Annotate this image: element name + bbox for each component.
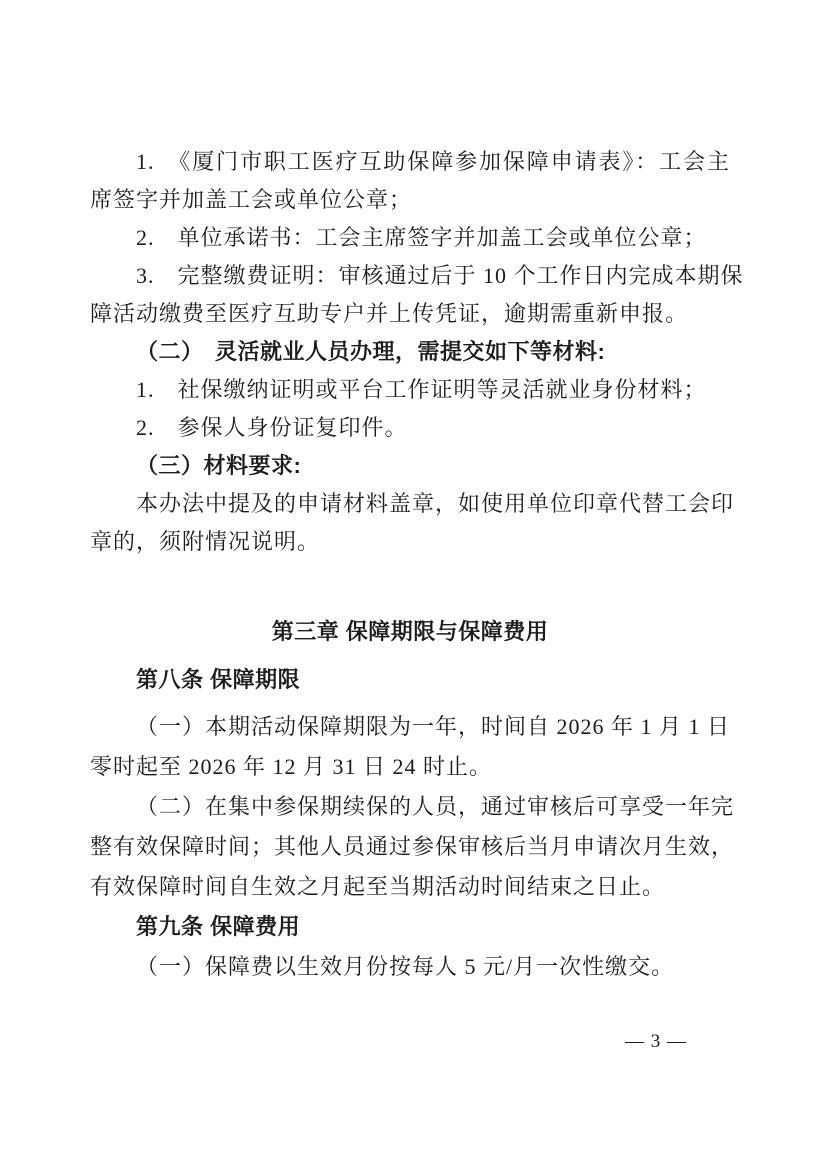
article-8-item-2-line-2: 整有效保障时间；其他人员通过参保审核后当月申请次月生效， (90, 827, 730, 867)
list-item-1-line-1: 1. 《厦门市职工医疗互助保障参加保障申请表》：工会主 (90, 143, 730, 181)
note-paragraph-line-2: 章的，须附情况说明。 (90, 523, 730, 561)
article-8-item-2-line-1: （二）在集中参保期续保的人员，通过审核后可享受一年完 (90, 787, 730, 827)
document-page: 1. 《厦门市职工医疗互助保障参加保障申请表》：工会主 席签字并加盖工会或单位公… (0, 0, 827, 1170)
page-number: — 3 — (616, 1030, 696, 1054)
article-8-heading: 第八条 保障期限 (90, 661, 730, 699)
article-9-item-1: （一）保障费以生效月份按每人 5 元/月一次性缴交。 (90, 947, 730, 987)
section-heading-2: （二） 灵活就业人员办理，需提交如下等材料: (90, 333, 730, 371)
chapter-3-heading: 第三章 保障期限与保障费用 (90, 613, 730, 651)
sub-list-item-2: 2. 参保人身份证复印件。 (90, 409, 730, 447)
list-item-3-line-2: 障活动缴费至医疗互助专户并上传凭证，逾期需重新申报。 (90, 295, 730, 333)
list-item-3-line-1: 3. 完整缴费证明：审核通过后于 10 个工作日内完成本期保 (90, 257, 730, 295)
list-item-2: 2. 单位承诺书：工会主席签字并加盖工会或单位公章； (90, 219, 730, 257)
article-8-item-1-line-2: 零时起至 2026 年 12 月 31 日 24 时止。 (90, 747, 730, 787)
sub-list-item-1: 1. 社保缴纳证明或平台工作证明等灵活就业身份材料； (90, 371, 730, 409)
document-content: 1. 《厦门市职工医疗互助保障参加保障申请表》：工会主 席签字并加盖工会或单位公… (90, 143, 730, 987)
list-item-1-line-2: 席签字并加盖工会或单位公章； (90, 181, 730, 219)
section-heading-3: （三）材料要求: (90, 447, 730, 485)
article-9-heading: 第九条 保障费用 (90, 907, 730, 947)
article-8-item-1-line-1: （一）本期活动保障期限为一年，时间自 2026 年 1 月 1 日 (90, 707, 730, 747)
article-8-item-2-line-3: 有效保障时间自生效之月起至当期活动时间结束之日止。 (90, 867, 730, 907)
note-paragraph-line-1: 本办法中提及的申请材料盖章，如使用单位印章代替工会印 (90, 485, 730, 523)
